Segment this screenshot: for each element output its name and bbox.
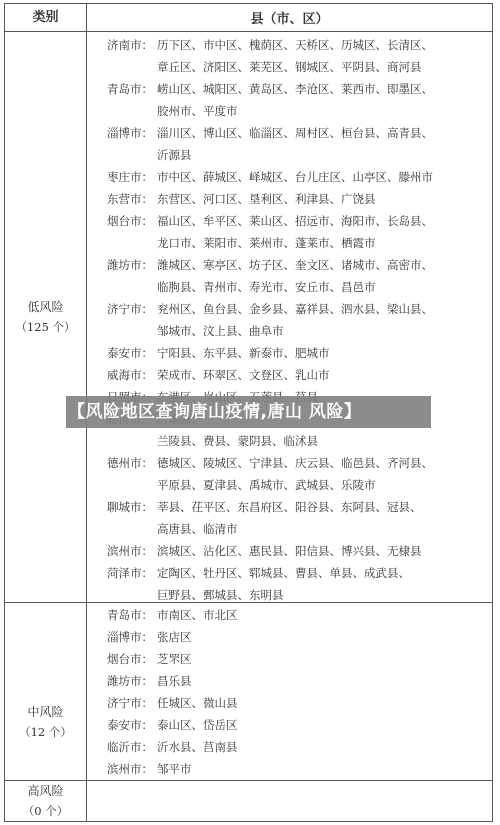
low-risk-category: 低风险 （125 个） xyxy=(5,32,87,602)
city-row: 泰安市：泰山区、岱岳区 xyxy=(107,714,492,736)
district-list: 邹城市、汶上县、曲阜市 xyxy=(157,324,284,338)
district-list: 定陶区、牡丹区、郓城县、曹县、单县、成武县、 xyxy=(157,566,410,580)
city-name: 菏泽市： xyxy=(107,562,157,584)
city-name: 德州市： xyxy=(107,452,157,474)
city-row: 潍坊市：潍城区、寒亭区、坊子区、奎文区、诸城市、高密市、 xyxy=(107,254,492,276)
city-row: 菏泽市：定陶区、牡丹区、郓城县、曹县、单县、成武县、 xyxy=(107,562,492,584)
district-list: 沂水县、莒南县 xyxy=(157,740,238,754)
district-list: 龙口市、莱阳市、莱州市、蓬莱市、栖霞市 xyxy=(157,236,376,250)
district-list: 临朐县、青州市、寿光市、安丘市、昌邑市 xyxy=(157,280,376,294)
city-name: 济宁市： xyxy=(107,298,157,320)
city-row-continued: 龙口市、莱阳市、莱州市、蓬莱市、栖霞市 xyxy=(107,232,492,254)
district-list: 芝罘区 xyxy=(157,652,192,666)
city-row: 济宁市：任城区、微山县 xyxy=(107,692,492,714)
district-list: 张店区 xyxy=(157,630,192,644)
district-list: 莘县、茌平区、东昌府区、阳谷县、东阿县、冠县、 xyxy=(157,500,422,514)
city-row: 济宁市：兖州区、鱼台县、金乡县、嘉祥县、泗水县、梁山县、 xyxy=(107,298,492,320)
district-list: 荣成市、环翠区、文登区、乳山市 xyxy=(157,368,330,382)
district-list: 胶州市、平度市 xyxy=(157,104,238,118)
city-row: 淄博市：张店区 xyxy=(107,626,492,648)
city-row: 淄博市：淄川区、博山区、临淄区、周村区、桓台县、高青县、 xyxy=(107,122,492,144)
city-name: 青岛市： xyxy=(107,604,157,626)
city-row: 滨州市：邹平市 xyxy=(107,758,492,780)
district-list: 邹平市 xyxy=(157,762,192,776)
city-row: 聊城市：莘县、茌平区、东昌府区、阳谷县、东阿县、冠县、 xyxy=(107,496,492,518)
city-row: 青岛市：市南区、市北区 xyxy=(107,604,492,626)
city-row-continued: 邹城市、汶上县、曲阜市 xyxy=(107,320,492,342)
city-row: 临沂市：沂水县、莒南县 xyxy=(107,736,492,758)
city-row: 东营市：东营区、河口区、垦利区、利津县、广饶县 xyxy=(107,188,492,210)
low-risk-section: 低风险 （125 个） 济南市：历下区、市中区、槐荫区、天桥区、历城区、长清区、… xyxy=(5,32,492,603)
city-row: 烟台市：福山区、牟平区、莱山区、招远市、海阳市、长岛县、 xyxy=(107,210,492,232)
district-list: 高唐县、临清市 xyxy=(157,522,238,536)
city-row: 烟台市：芝罘区 xyxy=(107,648,492,670)
district-list: 任城区、微山县 xyxy=(157,696,238,710)
city-row-continued: 胶州市、平度市 xyxy=(107,100,492,122)
city-name: 烟台市： xyxy=(107,210,157,232)
medium-risk-category: 中风险 （12 个） xyxy=(5,603,87,780)
header-category: 类别 xyxy=(5,4,87,31)
city-row: 济南市：历下区、市中区、槐荫区、天桥区、历城区、长清区、 xyxy=(107,34,492,56)
city-name: 聊城市： xyxy=(107,496,157,518)
district-list: 滨城区、沾化区、惠民县、阳信县、博兴县、无棣县 xyxy=(157,544,422,558)
category-label: 低风险 xyxy=(27,297,63,317)
city-name: 济宁市： xyxy=(107,692,157,714)
city-row: 枣庄市：市中区、薛城区、峄城区、台儿庄区、山亭区、滕州市 xyxy=(107,166,492,188)
city-name: 滨州市： xyxy=(107,540,157,562)
district-list: 市南区、市北区 xyxy=(157,608,238,622)
city-row-continued: 沂源县 xyxy=(107,144,492,166)
district-list: 德城区、陵城区、宁津县、庆云县、临邑县、齐河县、 xyxy=(157,456,433,470)
district-list: 东营区、河口区、垦利区、利津县、广饶县 xyxy=(157,192,376,206)
district-list: 崂山区、城阳区、黄岛区、李沧区、莱西市、即墨区、 xyxy=(157,82,433,96)
district-list: 宁阳县、东平县、新泰市、肥城市 xyxy=(157,346,330,360)
district-list: 平原县、夏津县、禹城市、武城县、乐陵市 xyxy=(157,478,376,492)
city-name: 临沂市： xyxy=(107,736,157,758)
city-name: 济南市： xyxy=(107,34,157,56)
city-name: 滨州市： xyxy=(107,758,157,780)
city-row-continued: 章丘区、济阳区、莱芜区、钢城区、平阴县、商河县 xyxy=(107,56,492,78)
category-count: （0 个） xyxy=(23,801,68,821)
city-row-continued: 临朐县、青州市、寿光市、安丘市、昌邑市 xyxy=(107,276,492,298)
overlay-title-banner: 【风险地区查询唐山疫情,唐山 风险】 xyxy=(66,396,431,428)
district-list: 章丘区、济阳区、莱芜区、钢城区、平阴县、商河县 xyxy=(157,60,422,74)
city-name: 潍坊市： xyxy=(107,670,157,692)
category-label: 高风险 xyxy=(27,781,63,801)
district-list: 潍城区、寒亭区、坊子区、奎文区、诸城市、高密市、 xyxy=(157,258,433,272)
city-name: 潍坊市： xyxy=(107,254,157,276)
city-row-continued: 兰陵县、费县、蒙阴县、临沭县 xyxy=(107,430,492,452)
district-list: 历下区、市中区、槐荫区、天桥区、历城区、长清区、 xyxy=(157,38,433,52)
city-row: 泰安市：宁阳县、东平县、新泰市、肥城市 xyxy=(107,342,492,364)
header-regions: 县（市、区） xyxy=(87,4,492,31)
city-name: 淄博市： xyxy=(107,122,157,144)
city-name: 淄博市： xyxy=(107,626,157,648)
city-row-continued: 平原县、夏津县、禹城市、武城县、乐陵市 xyxy=(107,474,492,496)
city-row-continued: 高唐县、临清市 xyxy=(107,518,492,540)
district-list: 昌乐县 xyxy=(157,674,192,688)
city-name: 青岛市： xyxy=(107,78,157,100)
low-risk-list: 济南市：历下区、市中区、槐荫区、天桥区、历城区、长清区、章丘区、济阳区、莱芜区、… xyxy=(107,34,492,606)
category-label: 中风险 xyxy=(27,702,63,722)
high-risk-section: 高风险 （0 个） xyxy=(5,781,492,821)
city-row: 滨州市：滨城区、沾化区、惠民县、阳信县、博兴县、无棣县 xyxy=(107,540,492,562)
district-list: 沂源县 xyxy=(157,148,192,162)
city-name: 威海市： xyxy=(107,364,157,386)
district-list: 福山区、牟平区、莱山区、招远市、海阳市、长岛县、 xyxy=(157,214,433,228)
district-list: 泰山区、岱岳区 xyxy=(157,718,238,732)
district-list: 市中区、薛城区、峄城区、台儿庄区、山亭区、滕州市 xyxy=(157,170,433,184)
city-row: 潍坊市：昌乐县 xyxy=(107,670,492,692)
city-row: 青岛市：崂山区、城阳区、黄岛区、李沧区、莱西市、即墨区、 xyxy=(107,78,492,100)
city-name: 烟台市： xyxy=(107,648,157,670)
district-list: 兰陵县、费县、蒙阴县、临沭县 xyxy=(157,434,318,448)
medium-risk-section: 中风险 （12 个） 青岛市：市南区、市北区淄博市：张店区烟台市：芝罘区潍坊市：… xyxy=(5,603,492,781)
city-name: 泰安市： xyxy=(107,714,157,736)
district-list: 巨野县、鄄城县、东明县 xyxy=(157,588,284,602)
category-count: （125 个） xyxy=(15,317,75,337)
city-name: 东营市： xyxy=(107,188,157,210)
medium-risk-list: 青岛市：市南区、市北区淄博市：张店区烟台市：芝罘区潍坊市：昌乐县济宁市：任城区、… xyxy=(107,604,492,780)
city-name: 枣庄市： xyxy=(107,166,157,188)
city-row: 威海市：荣成市、环翠区、文登区、乳山市 xyxy=(107,364,492,386)
table-header-row: 类别 县（市、区） xyxy=(5,4,492,32)
category-count: （12 个） xyxy=(19,722,72,742)
city-row: 德州市：德城区、陵城区、宁津县、庆云县、临邑县、齐河县、 xyxy=(107,452,492,474)
city-name: 泰安市： xyxy=(107,342,157,364)
high-risk-list xyxy=(87,781,492,821)
district-list: 淄川区、博山区、临淄区、周村区、桓台县、高青县、 xyxy=(157,126,433,140)
high-risk-category: 高风险 （0 个） xyxy=(5,781,87,821)
district-list: 兖州区、鱼台县、金乡县、嘉祥县、泗水县、梁山县、 xyxy=(157,302,433,316)
